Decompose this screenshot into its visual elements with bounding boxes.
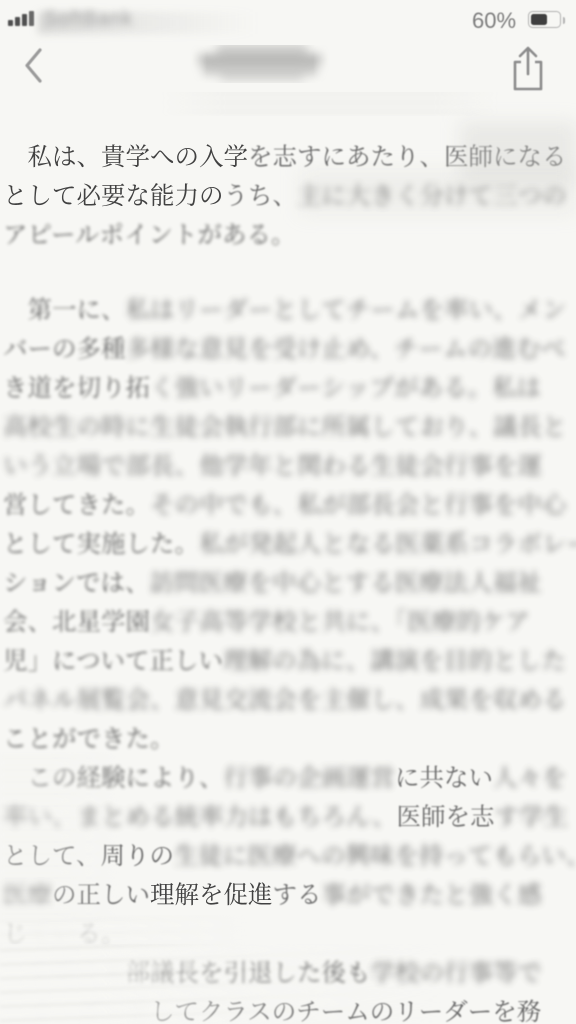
- essay-content[interactable]: 私は、貴学への入学を志すにあたり、医師になるとして必要な能力のうち、主に大きく分…: [0, 138, 576, 1024]
- paragraph: 生徒会本部議長を引退した後も学校の行事等で リーダーとしてクラスのチームのリーダ…: [3, 954, 576, 1024]
- text-segment: 学校の行事等で: [371, 954, 543, 993]
- essay-line: 高校生の時に生徒会執行部に所属しており、議長と: [3, 408, 576, 447]
- text-segment: 営してきた。: [3, 486, 150, 525]
- text-segment: の正しい: [52, 876, 150, 915]
- text-segment: として必要な能力の: [3, 177, 224, 216]
- essay-line: いう立場で部長、他学年と関わる生徒会行事を運: [3, 447, 576, 486]
- battery-fill: [531, 14, 547, 25]
- text-segment: ことができた。: [3, 720, 175, 759]
- carrier-label: SoftBank: [44, 8, 133, 31]
- text-segment: く強いリーダーシップがある。私は: [150, 369, 541, 408]
- essay-line: として実施した。私が発起人となる医薬系コラボレー: [3, 525, 576, 564]
- text-segment: その中でも、私が部長会と行事を中心: [150, 486, 567, 525]
- essay-line: パネル展覧会、意見交流会を主催し、成果を収める: [3, 681, 576, 720]
- text-segment: 理解を促進: [150, 876, 273, 915]
- battery-icon: [528, 11, 561, 28]
- text-segment: る。: [77, 915, 126, 954]
- text-segment: 私が発起人となる医薬系コラボレー: [199, 525, 576, 564]
- status-bar: SoftBank 60%: [0, 0, 576, 44]
- text-segment: 理解の為に、講演を目的とした: [223, 642, 566, 681]
- text-segment: じ: [3, 915, 28, 954]
- back-button[interactable]: [20, 46, 50, 88]
- text-segment: 第一に、: [3, 291, 126, 330]
- text-segment: 部議長を引退した後も: [126, 954, 371, 993]
- text-segment: てい: [28, 915, 77, 954]
- essay-line: 医療の正しい理解を促進する事ができたと強く感: [3, 876, 576, 915]
- essay-line: リーダーとしてクラスのチームのリーダーを務: [3, 993, 576, 1024]
- text-segment: に共ない: [395, 759, 493, 798]
- essay-line: き道を切り拓く強いリーダーシップがある。私は: [3, 369, 576, 408]
- text-segment: してクラスのチームのリーダーを務: [150, 993, 541, 1024]
- text-segment: この経験により、: [3, 759, 224, 798]
- text-segment: 高校生の時に生徒会執行部に所属しており、議長と: [3, 408, 567, 447]
- essay-line: 会、北星学園女子高等学校と共に、「医療的ケア: [3, 603, 576, 642]
- text-segment: 行事の企画運営: [224, 759, 396, 798]
- essay-line: 率い、まとめる統率力はもちろん、医師を志す学生: [3, 798, 576, 837]
- essay-line: 生徒会本部議長を引退した後も学校の行事等で: [3, 954, 576, 993]
- text-segment: 医療: [3, 876, 52, 915]
- chevron-left-icon: [20, 46, 50, 88]
- page-title-blurred: [190, 45, 330, 83]
- text-segment: 事ができたと強く感: [322, 876, 543, 915]
- essay-line: 第一に、私はリーダーとしてチームを率い、メン: [3, 291, 576, 330]
- app-screen: SoftBank 60% 私は、貴学への入学を志すにあたり、医師になるとして必要…: [0, 0, 576, 1024]
- essay-line: この経験により、行事の企画運営に共ない人々を: [3, 759, 576, 798]
- essay-line: アピールポイントがある。: [3, 216, 576, 255]
- essay-line: ションでは、訪問医療を中心とする医療法人福祉: [3, 564, 576, 603]
- essay-line: じている。: [3, 915, 576, 954]
- text-segment: を志すにあたり、: [248, 138, 444, 177]
- cellular-signal-icon: [8, 9, 42, 26]
- paragraph: この経験により、行事の企画運営に共ない人々を率い、まとめる統率力はもちろん、医師…: [3, 759, 576, 954]
- text-segment: 訪問医療を中心とする医療法人福祉: [150, 564, 542, 603]
- text-segment: す学生: [494, 798, 568, 837]
- share-button[interactable]: [508, 44, 554, 94]
- text-segment: パネル展覧会、意見交流会を主催し、成果を収める: [3, 681, 567, 720]
- text-segment: 生徒会本: [3, 954, 126, 993]
- text-segment: として実施した。: [3, 525, 199, 564]
- essay-line: 営してきた。その中でも、私が部長会と行事を中心: [3, 486, 576, 525]
- battery-nub: [563, 17, 566, 24]
- battery-percent: 60%: [472, 8, 516, 34]
- text-segment: 人々を: [493, 759, 567, 798]
- essay-line: 児」について正しい理解の為に、講演を目的とした: [3, 642, 576, 681]
- text-segment: うち、: [224, 177, 298, 216]
- essay-line: として必要な能力のうち、主に大きく分けて三つの: [3, 177, 576, 216]
- text-segment: 私は、貴学への入学: [3, 138, 248, 177]
- essay-line: として、周りの生徒に医療への興味を持ってもらい、: [3, 837, 576, 876]
- text-segment: 会、北星学園: [3, 603, 150, 642]
- text-segment: 多様な意見を受け止め、チームの進むべ: [126, 330, 566, 369]
- essay-line: 私は、貴学への入学を志すにあたり、医師になる: [3, 138, 576, 177]
- text-segment: いう立場で部長、他学年と関わる生徒会行事を運: [3, 447, 542, 486]
- paragraph: 第一に、私はリーダーとしてチームを率い、メンバーの多種多様な意見を受け止め、チー…: [3, 291, 576, 759]
- text-segment: 医師になる: [444, 138, 567, 177]
- essay-line: バーの多種多様な意見を受け止め、チームの進むべ: [3, 330, 576, 369]
- text-segment: 児」について正しい: [3, 642, 223, 681]
- text-segment: 生徒に医療への興味を持ってもらい、: [174, 837, 576, 876]
- text-segment: 率い、まとめる統率力はもちろん、: [3, 798, 396, 837]
- paragraph: 私は、貴学への入学を志すにあたり、医師になるとして必要な能力のうち、主に大きく分…: [3, 138, 576, 255]
- text-segment: する: [273, 876, 322, 915]
- essay-line: ことができた。: [3, 720, 576, 759]
- text-segment: ションでは、: [3, 564, 150, 603]
- text-segment: 私はリーダーとしてチームを率い、メン: [126, 291, 567, 330]
- text-segment: リーダーと: [3, 993, 150, 1024]
- text-segment: として、周りの: [3, 837, 174, 876]
- text-segment: 主に大きく分けて三つの: [297, 177, 567, 216]
- text-segment: き道を切り拓: [3, 369, 150, 408]
- text-segment: アピールポイントがある。: [3, 216, 296, 255]
- nav-bar: [0, 44, 576, 104]
- text-segment: バーの多種: [3, 330, 126, 369]
- text-segment: 医師を志: [396, 798, 494, 837]
- text-segment: 女子高等学校と共に、「医療的ケア: [150, 603, 530, 642]
- share-icon: [508, 44, 548, 94]
